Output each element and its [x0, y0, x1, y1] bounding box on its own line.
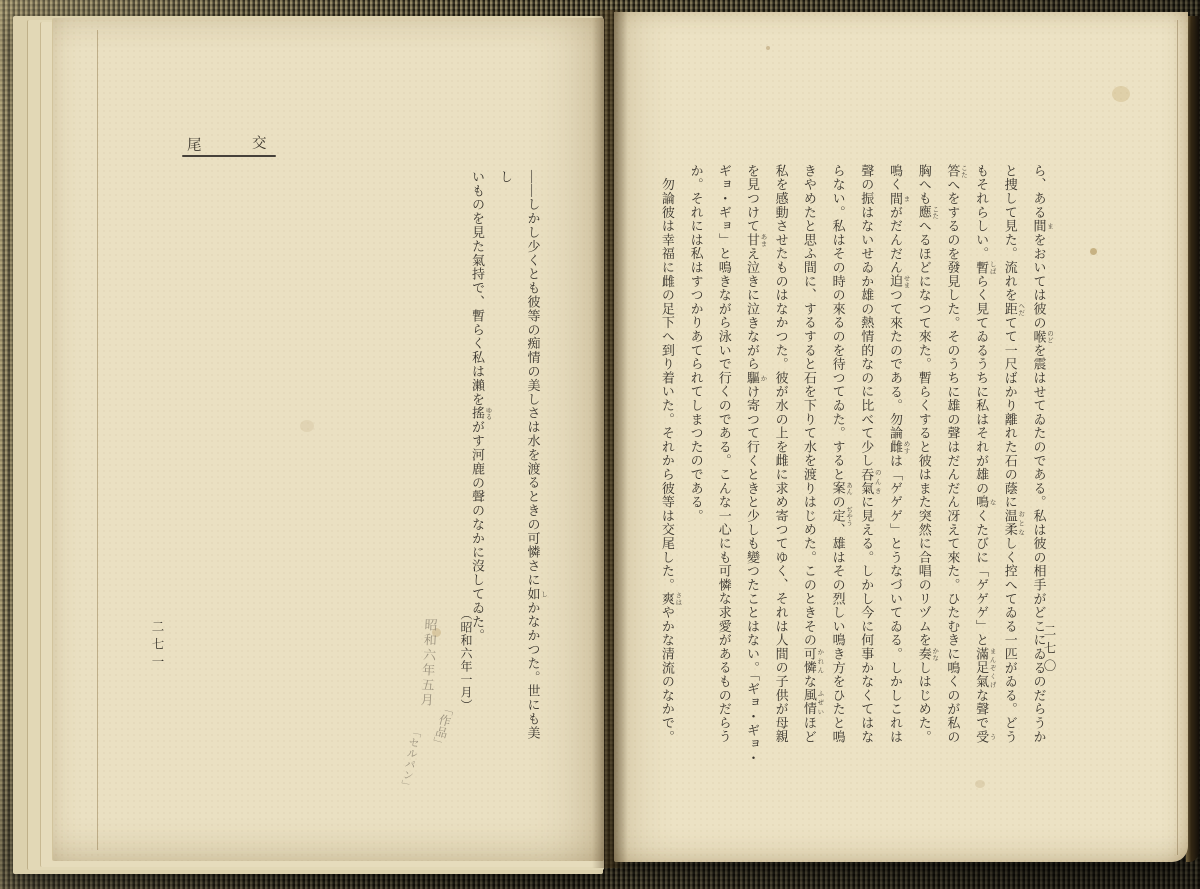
- text-column: らない。私はその時の來るのを待つてゐた。すると案あんの定ぢやう、雄はその烈しい鳴…: [823, 164, 852, 766]
- gutter-shadow: [592, 10, 628, 868]
- page-number-left: 二七一: [148, 620, 166, 673]
- running-head-rule: [182, 155, 276, 157]
- right-page-crease: [1177, 20, 1178, 855]
- text-column: と捜して見た。流れを距へだてて一尺ばかり離れた石の蔭に温柔おとなしく控へてゐる一…: [996, 164, 1025, 766]
- page-number-right: 二七〇: [1040, 624, 1058, 677]
- publication-date-line: （昭和六年一月）: [458, 608, 475, 728]
- text-column: もそれらしい。暫しばらく見てゐるうちに私はそれが雄の鳴なくたびに「ゲゲゲ」と滿足…: [967, 164, 996, 766]
- text-column: ――しかし少くとも彼等の痴情の美しさは水を渡るときの可憐さに如しかなかつた。世に…: [492, 170, 548, 748]
- left-page-crease: [97, 30, 98, 850]
- running-head-char-bi: 尾: [187, 134, 202, 155]
- running-head-char-ko: 交: [252, 132, 267, 153]
- right-page-text-block: ら、ある間まをおいては彼の喉のどを震はせてゐたのである。私は彼の相手がどこにゐる…: [655, 164, 1053, 766]
- text-column: 聲の振はないせゐか雄の熱情的なのに比べて少し吞氣のんきに見える。しかし今に何事か…: [852, 164, 881, 766]
- text-column: きやめたと思ふ間に、するすると石を下りて水を渡りはじめた。このときその可憐かれん…: [795, 164, 824, 766]
- stain: [766, 46, 770, 50]
- stain: [975, 780, 985, 788]
- text-column: 勿論彼は幸福に雌の足下へ到り着いた。それから彼等は交尾した。爽さはやかな清流のな…: [653, 164, 682, 766]
- stain: [1112, 86, 1130, 102]
- text-column: 私を感動させたものはなかつた。彼が水の上を雌に求め寄つてゆく、それは人間の子供が…: [766, 164, 794, 766]
- text-column: を見つけて甘あまえ泣きに泣きながら驅かけ寄つて行くときと少しも變つたことはない。…: [738, 164, 767, 766]
- stain: [300, 420, 314, 432]
- text-column: 答こたへをするのを發見した。そのうちに雄の聲はだんだん冴えて來た。ひたむきに鳴く…: [938, 164, 967, 766]
- text-column: 胸へも應こたへるほどになつて來た。暫らくすると彼はまた突然に合唱のリヅムを奏かな…: [909, 164, 938, 766]
- text-column: 鳴く間まがだんだん迫せまつて來たのである。勿論雌めすは「ゲゲゲ」とうなづいてゐる…: [881, 164, 910, 766]
- stain: [1090, 248, 1097, 255]
- text-column: ギョ・ギョ」と鳴きながら泳いで行くのである。こんな一心にも可憐な求愛があるものだ…: [710, 164, 738, 766]
- text-column: か。それには私はすつかりあてられてしまつたのである。: [681, 164, 709, 766]
- left-page-text-block: ――しかし少くとも彼等の痴情の美しさは水を渡るときの可憐さに如しかなかつた。世に…: [490, 170, 547, 748]
